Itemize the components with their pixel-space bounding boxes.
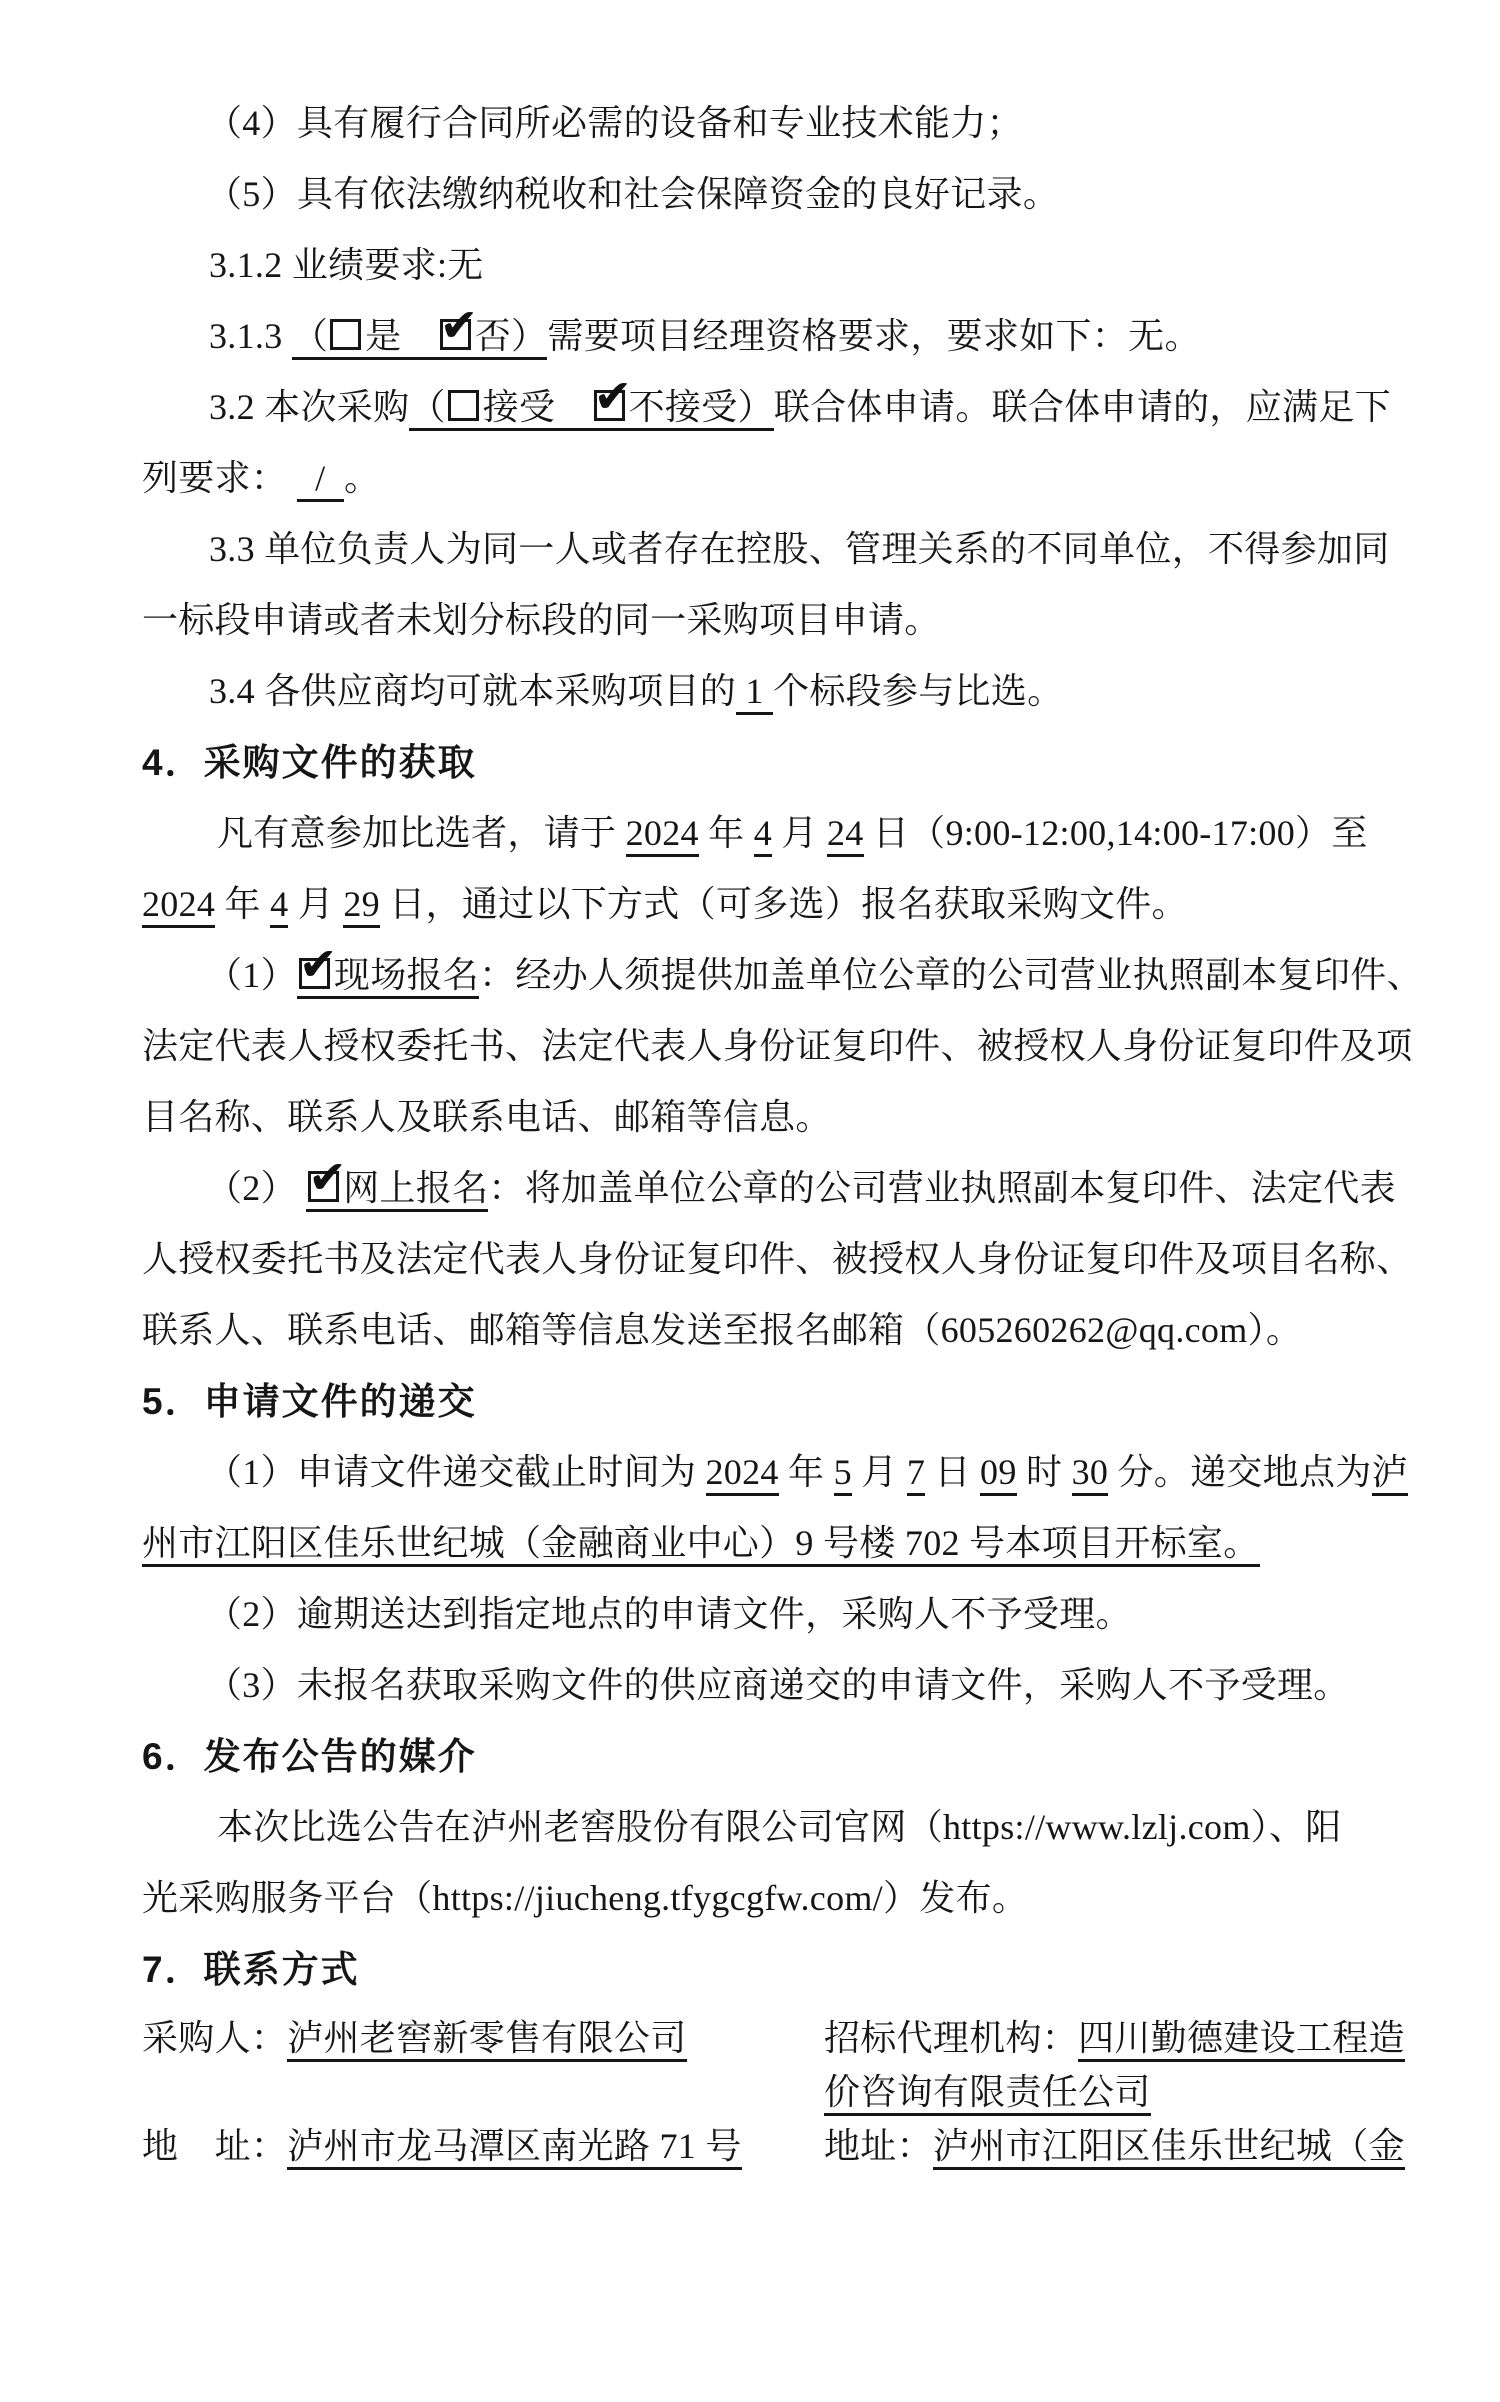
sec5-item3: （3）未报名获取采购文件的供应商递交的申请文件，采购人不予受理。 [142,1650,1422,1721]
underlined-run: 09 [980,1452,1017,1496]
text-segment: 价咨询有限责任公司 [824,2072,1151,2112]
agency-row-line2: 价咨询有限责任公司 [824,2065,1422,2119]
text-segment: 日，通过以下方式（可多选）报名获取采购文件。 [380,884,1188,924]
sec6-para1-line1: 本次比选公告在泸州老窖股份有限公司官网（https://www.lzlj.com… [142,1792,1422,1863]
clause-3-1-2: 3.1.2 业绩要求:无 [142,230,1422,301]
text-segment: 凡有意参加比选者，请于 [217,813,626,853]
text-segment: 年 [699,813,754,853]
sec6-para1-line2: 光采购服务平台（https://jiucheng.tfygcgfw.com/）发… [142,1863,1422,1934]
text-segment: / [297,458,345,498]
text-segment: 光采购服务平台（https://jiucheng.tfygcgfw.com/）发… [142,1878,1028,1918]
underlined-run: 网上报名 [306,1168,488,1212]
text-segment: （2）逾期送达到指定地点的申请文件，采购人不予受理。 [206,1594,1132,1634]
text-segment: 月 [852,1452,907,1492]
text-segment: 目名称、联系人及联系电话、邮箱等信息。 [142,1097,832,1137]
clause-3-1-3: 3.1.3 （是 否）需要项目经理资格要求，要求如下：无。 [142,301,1422,372]
text-segment: 4 [270,884,288,924]
text-segment: 个标段参与比选。 [773,671,1063,711]
text-segment: 否） [475,316,548,356]
text-segment: 3.4 各供应商均可就本采购项目的 [209,671,736,711]
text-segment: 09 [980,1452,1017,1492]
agency-column: 招标代理机构：四川勤德建设工程造价咨询有限责任公司地址：泸州市江阳区佳乐世纪城（… [824,2011,1422,2173]
underlined-run: 2024 [706,1452,779,1496]
underlined-run: 泸州市龙马潭区南光路 71 号 [287,2126,742,2170]
section-heading-5: 5．申请文件的递交 [142,1366,1422,1437]
text-segment: 分。递交地点为 [1108,1452,1371,1492]
purchaser-row: 采购人：泸州老窖新零售有限公司 [142,2011,824,2065]
text-segment: 泸州市龙马潭区南光路 71 号 [287,2126,742,2166]
agency-row-line1: 招标代理机构：四川勤德建设工程造 [824,2011,1422,2065]
text-segment: 29 [343,884,380,924]
text-segment: 7．联系方式 [142,1949,360,1990]
text-segment: 1 [736,671,773,711]
underlined-run: 四川勤德建设工程造 [1078,2018,1405,2062]
text-segment: 接受 [483,387,592,427]
text-segment: 本次比选公告在泸州老窖股份有限公司官网（https://www.lzlj.com… [217,1807,1342,1847]
checked-checkbox-icon [440,319,471,350]
text-segment: 5．申请文件的递交 [142,1381,477,1422]
text-segment: 联合体申请。联合体申请的，应满足下 [774,387,1391,427]
sec4-item1-line3: 目名称、联系人及联系电话、邮箱等信息。 [142,1082,1422,1153]
text-segment: 3.2 本次采购 [209,387,409,427]
underlined-run: 4 [754,813,772,857]
sec4-para1-line1: 凡有意参加比选者，请于 2024 年 4 月 24 日（9:00-12:00,1… [142,798,1422,869]
purchaser-address-row: 地 址：泸州市龙马潭区南光路 71 号 [142,2119,824,2173]
text-segment: ：将加盖单位公章的公司营业执照副本复印件、法定代表 [488,1168,1396,1208]
checked-checkbox-icon [299,958,330,989]
checked-checkbox-icon [594,390,625,421]
text-segment: 3.1.3 [209,316,292,356]
document-page: （4）具有履行合同所必需的设备和专业技术能力；（5）具有依法缴纳税收和社会保障资… [0,0,1500,2402]
text-segment: 2024 [142,884,215,924]
text-segment: 一标段申请或者未划分标段的同一采购项目申请。 [142,600,941,640]
text-segment: 需要项目经理资格要求，要求如下：无。 [547,316,1200,356]
underlined-run: 泸州市江阳区佳乐世纪城（金 [933,2126,1405,2170]
text-segment: （5）具有依法缴纳税收和社会保障资金的良好记录。 [206,174,1059,214]
underlined-run: 4 [270,884,288,928]
text-segment: 列要求： [142,458,297,498]
clause-3-4: 3.4 各供应商均可就本采购项目的 1 个标段参与比选。 [142,656,1422,727]
underlined-run: 州市江阳区佳乐世纪城（金融商业中心）9 号楼 702 号本项目开标室。 [142,1523,1260,1567]
underlined-run: （是 否） [292,316,548,360]
text-segment: 地 址： [142,2126,287,2166]
text-segment: 4 [754,813,772,853]
text-segment: 3.1.2 业绩要求:无 [209,245,484,285]
sec4-para1-line2: 2024 年 4 月 29 日，通过以下方式（可多选）报名获取采购文件。 [142,869,1422,940]
text-segment: 月 [772,813,827,853]
text-segment: 网上报名 [343,1168,488,1208]
underlined-run: 5 [834,1452,852,1496]
text-segment: （3）未报名获取采购文件的供应商递交的申请文件，采购人不予受理。 [206,1665,1350,1705]
text-segment: 现场报名 [334,955,479,995]
sec5-item1-line1: （1）申请文件递交截止时间为 2024 年 5 月 7 日 09 时 30 分。… [142,1437,1422,1508]
text-segment: 联系人、联系电话、邮箱等信息发送至报名邮箱（605260262@qq.com）。 [142,1310,1302,1350]
clause-4: （4）具有履行合同所必需的设备和专业技术能力； [142,88,1422,159]
text-segment: 四川勤德建设工程造 [1078,2018,1405,2058]
clause-5: （5）具有依法缴纳税收和社会保障资金的良好记录。 [142,159,1422,230]
text-segment: （1） [206,955,297,995]
underlined-run: （接受 不接受） [409,387,773,431]
text-segment: （ [409,387,445,427]
text-segment: 泸州老窖新零售有限公司 [287,2018,686,2058]
clause-3-3: 3.3 单位负责人为同一人或者存在控股、管理关系的不同单位，不得参加同 [142,514,1422,585]
text-segment: 3.3 单位负责人为同一人或者存在控股、管理关系的不同单位，不得参加同 [209,529,1390,569]
document-body: （4）具有履行合同所必需的设备和专业技术能力；（5）具有依法缴纳税收和社会保障资… [0,0,1500,2173]
purchaser-column: 采购人：泸州老窖新零售有限公司地 址：泸州市龙马潭区南光路 71 号 [142,2011,824,2173]
sec4-item1-line2: 法定代表人授权委托书、法定代表人身份证复印件、被授权人身份证复印件及项 [142,1011,1422,1082]
text-segment: 年 [779,1452,834,1492]
text-segment: （4）具有履行合同所必需的设备和专业技术能力； [206,103,1023,143]
sec5-item2: （2）逾期送达到指定地点的申请文件，采购人不予受理。 [142,1579,1422,1650]
section-heading-7: 7．联系方式 [142,1934,1422,2005]
underlined-run: 价咨询有限责任公司 [824,2072,1151,2116]
text-segment: ：经办人须提供加盖单位公章的公司营业执照副本复印件、 [479,955,1423,995]
text-segment: 招标代理机构： [824,2018,1078,2058]
text-segment: 法定代表人授权委托书、法定代表人身份证复印件、被授权人身份证复印件及项 [142,1026,1413,1066]
underlined-run: 泸 [1372,1452,1408,1496]
text-segment: 采购人： [142,2018,287,2058]
text-segment: 日（9:00-12:00,14:00-17:00）至 [864,813,1368,853]
underlined-run: 30 [1072,1452,1109,1496]
sec5-item1-line2: 州市江阳区佳乐世纪城（金融商业中心）9 号楼 702 号本项目开标室。 [142,1508,1422,1579]
text-segment: 4．采购文件的获取 [142,742,477,783]
underlined-run: 现场报名 [297,955,479,999]
sec4-item2-line1: （2） 网上报名：将加盖单位公章的公司营业执照副本复印件、法定代表 [142,1153,1422,1224]
underlined-run: 29 [343,884,380,928]
text-segment: （1）申请文件递交截止时间为 [206,1452,706,1492]
sec4-item2-line2: 人授权委托书及法定代表人身份证复印件、被授权人身份证复印件及项目名称、 [142,1224,1422,1295]
text-segment: 年 [215,884,270,924]
underlined-run: 泸州老窖新零售有限公司 [287,2018,686,2062]
text-segment: 2024 [626,813,699,853]
text-segment: 24 [827,813,864,853]
underlined-run: 2024 [142,884,215,928]
text-segment: 人授权委托书及法定代表人身份证复印件、被授权人身份证复印件及项目名称、 [142,1239,1413,1279]
underlined-run: / [297,458,345,502]
section-heading-6: 6．发布公告的媒介 [142,1721,1422,1792]
text-segment: （ [292,316,328,356]
text-segment: 时 [1017,1452,1072,1492]
text-segment: 。 [344,458,380,498]
text-segment: 日 [925,1452,980,1492]
sec4-item1-line1: （1）现场报名：经办人须提供加盖单位公章的公司营业执照副本复印件、 [142,940,1422,1011]
sec4-item2-line3: 联系人、联系电话、邮箱等信息发送至报名邮箱（605260262@qq.com）。 [142,1295,1422,1366]
empty-checkbox-icon [330,319,361,350]
text-segment: 是 [365,316,438,356]
text-segment: 月 [288,884,343,924]
purchaser-spacer [142,2065,824,2119]
text-segment: 泸 [1372,1452,1408,1492]
checked-checkbox-icon [308,1171,339,1202]
text-segment: 5 [834,1452,852,1492]
contact-section: 采购人：泸州老窖新零售有限公司地 址：泸州市龙马潭区南光路 71 号招标代理机构… [142,2011,1422,2173]
text-segment: 7 [907,1452,925,1492]
text-segment: 地址： [824,2126,933,2166]
text-segment: 不接受） [629,387,774,427]
text-segment: 泸州市江阳区佳乐世纪城（金 [933,2126,1405,2166]
text-segment: 30 [1072,1452,1109,1492]
text-segment: （2） [206,1168,306,1208]
underlined-run: 24 [827,813,864,857]
empty-checkbox-icon [448,390,479,421]
agency-address-row: 地址：泸州市江阳区佳乐世纪城（金 [824,2119,1422,2173]
clause-3-2-cont: 列要求： / 。 [142,443,1422,514]
underlined-run: 1 [736,671,773,715]
underlined-run: 2024 [626,813,699,857]
clause-3-2: 3.2 本次采购（接受 不接受）联合体申请。联合体申请的，应满足下 [142,372,1422,443]
underlined-run: 7 [907,1452,925,1496]
clause-3-3-cont: 一标段申请或者未划分标段的同一采购项目申请。 [142,585,1422,656]
text-segment: 6．发布公告的媒介 [142,1736,477,1777]
text-segment: 州市江阳区佳乐世纪城（金融商业中心）9 号楼 702 号本项目开标室。 [142,1523,1260,1563]
section-heading-4: 4．采购文件的获取 [142,727,1422,798]
text-segment: 2024 [706,1452,779,1492]
